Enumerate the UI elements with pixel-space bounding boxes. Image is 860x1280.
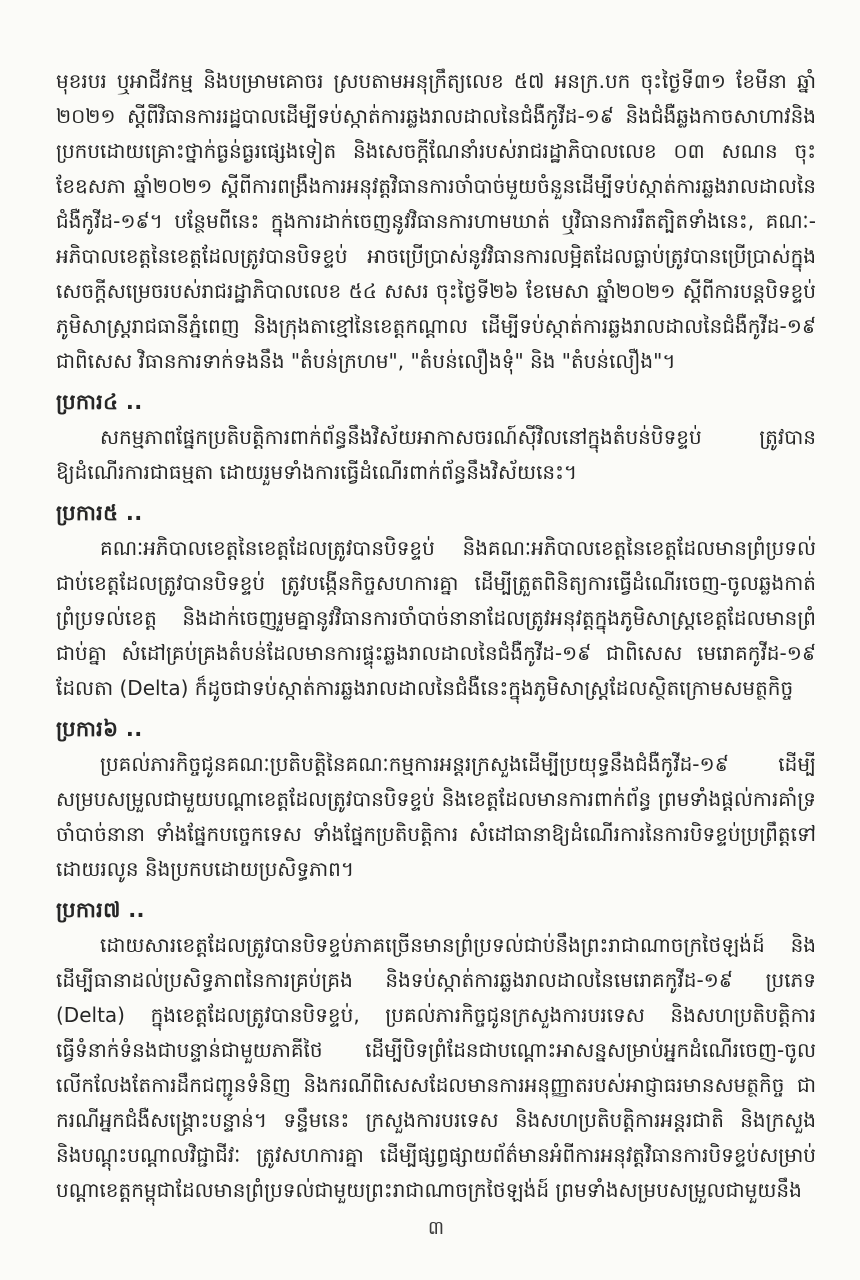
text-line: បណ្តាខេត្តកម្ពុជាដែលមានព្រំប្រទល់ជាមួយព្… (56, 1173, 816, 1208)
text-line: សកម្មភាពផ្នែកប្រតិបត្តិការពាក់ព័ន្ធនឹងវិ… (56, 420, 816, 455)
text-line: សម្របសម្រួលជាមួយបណ្តាខេត្តដែលត្រូវបានបិទ… (56, 782, 816, 817)
text-line: ប្រគល់ភារកិច្ចជូនគណៈប្រតិបត្តិនៃគណៈកម្មក… (56, 747, 816, 782)
article-section-4: ប្រការ៤ .. សកម្មភាពផ្នែកប្រតិបត្តិការពាក… (56, 385, 816, 490)
text-line: ជំងឺកូវីដ-១៩។ បន្ថែមពីនេះ ក្នុងការដាក់ចេ… (56, 204, 816, 239)
text-line: ឱ្យដំណើរការជាធម្មតា ដោយរួមទាំងការធ្វើដំណ… (56, 455, 816, 490)
article-7-heading: ប្រការ៧ .. (56, 893, 816, 928)
text-line: ជាពិសេស វិធានការទាក់ទងនឹង "តំបន់ក្រហម", … (56, 344, 816, 379)
text-line: មុខរបរ ឬអាជីវកម្ម និងបម្រាមគោចរ ស្របតាមអ… (56, 64, 816, 99)
article-7-paragraph: ដោយសារខេត្តដែលត្រូវបានបិទខ្ទប់ភាគច្រើនមា… (56, 928, 816, 1208)
document-page: មុខរបរ ឬអាជីវកម្ម និងបម្រាមគោចរ ស្របតាមអ… (0, 0, 860, 1280)
article-section-6: ប្រការ៦ .. ប្រគល់ភារកិច្ចជូនគណៈប្រតិបត្ត… (56, 712, 816, 887)
text-line: គណៈអភិបាលខេត្តនៃខេត្តដែលត្រូវបានបិទខ្ទប់… (56, 531, 816, 566)
article-6-paragraph: ប្រគល់ភារកិច្ចជូនគណៈប្រតិបត្តិនៃគណៈកម្មក… (56, 747, 816, 887)
text-line: ជាប់គ្នា សំដៅគ្រប់គ្រងតំបន់ដែលមានការផ្ទុ… (56, 636, 816, 671)
article-4-paragraph: សកម្មភាពផ្នែកប្រតិបត្តិការពាក់ព័ន្ធនឹងវិ… (56, 420, 816, 490)
article-4-heading: ប្រការ៤ .. (56, 385, 816, 420)
text-line: (Delta) ក្នុងខេត្តដែលត្រូវបានបិទខ្ទប់, ប… (56, 998, 816, 1033)
article-section-5: ប្រការ៥ .. គណៈអភិបាលខេត្តនៃខេត្តដែលត្រូវ… (56, 496, 816, 706)
article-section-7: ប្រការ៧ .. ដោយសារខេត្តដែលត្រូវបានបិទខ្ទប… (56, 893, 816, 1208)
text-line: ខែឧសភា ឆ្នាំ២០២១ ស្តីពីការពង្រឹងការអនុវត… (56, 169, 816, 204)
text-line: ដោយរលូន និងប្រកបដោយប្រសិទ្ធភាព។ (56, 852, 816, 887)
text-line: អភិបាលខេត្តនៃខេត្តដែលត្រូវបានបិទខ្ទប់ អា… (56, 239, 816, 274)
text-line: លើកលែងតែការដឹកជញ្ជូនទំនិញ និងករណីពិសេសដែ… (56, 1068, 816, 1103)
intro-paragraph: មុខរបរ ឬអាជីវកម្ម និងបម្រាមគោចរ ស្របតាមអ… (56, 64, 816, 379)
page-content: មុខរបរ ឬអាជីវកម្ម និងបម្រាមគោចរ ស្របតាមអ… (56, 64, 816, 1242)
text-line: ព្រំប្រទល់ខេត្ត និងដាក់ចេញរួមគ្នានូវវិធា… (56, 601, 816, 636)
text-line: ភូមិសាស្ត្ររាជធានីភ្នំពេញ និងក្រុងតាខ្មៅ… (56, 309, 816, 344)
text-line: ២០២១ ស្តីពីវិធានការរដ្ឋបាលដើម្បីទប់ស្កាត… (56, 99, 816, 134)
text-line: ដើម្បីធានាដល់ប្រសិទ្ធភាពនៃការគ្រប់គ្រង ន… (56, 963, 816, 998)
text-line: ប្រកបដោយគ្រោះថ្នាក់ធ្ងន់ធ្ងរផ្សេងទៀត និង… (56, 134, 816, 169)
text-line: ជាប់ខេត្តដែលត្រូវបានបិទខ្ទប់ ត្រូវបង្កើន… (56, 566, 816, 601)
article-5-heading: ប្រការ៥ .. (56, 496, 816, 531)
text-line: ចាំបាច់នានា ទាំងផ្នែកបច្ចេកទេស ទាំងផ្នែក… (56, 817, 816, 852)
text-line: ធ្វើទំនាក់ទំនងជាបន្ទាន់ជាមួយភាគីថៃ ដើម្ប… (56, 1033, 816, 1068)
text-line: ដោយសារខេត្តដែលត្រូវបានបិទខ្ទប់ភាគច្រើនមា… (56, 928, 816, 963)
page-number: ៣ (56, 1214, 816, 1242)
article-6-heading: ប្រការ៦ .. (56, 712, 816, 747)
text-line: និងបណ្តុះបណ្តាលវិជ្ជាជីវៈ ត្រូវសហការគ្នា… (56, 1138, 816, 1173)
text-line: ករណីអ្នកជំងឺសង្គ្រោះបន្ទាន់។ ទន្ទឹមនេះ ក… (56, 1103, 816, 1138)
text-line: សេចក្តីសម្រេចរបស់រាជរដ្ឋាភិបាលលេខ ៥៤ សសរ… (56, 274, 816, 309)
article-5-paragraph: គណៈអភិបាលខេត្តនៃខេត្តដែលត្រូវបានបិទខ្ទប់… (56, 531, 816, 706)
text-line: ដែលតា (Delta) ក៏ដូចជាទប់ស្កាត់ការឆ្លងរាល… (56, 671, 816, 706)
